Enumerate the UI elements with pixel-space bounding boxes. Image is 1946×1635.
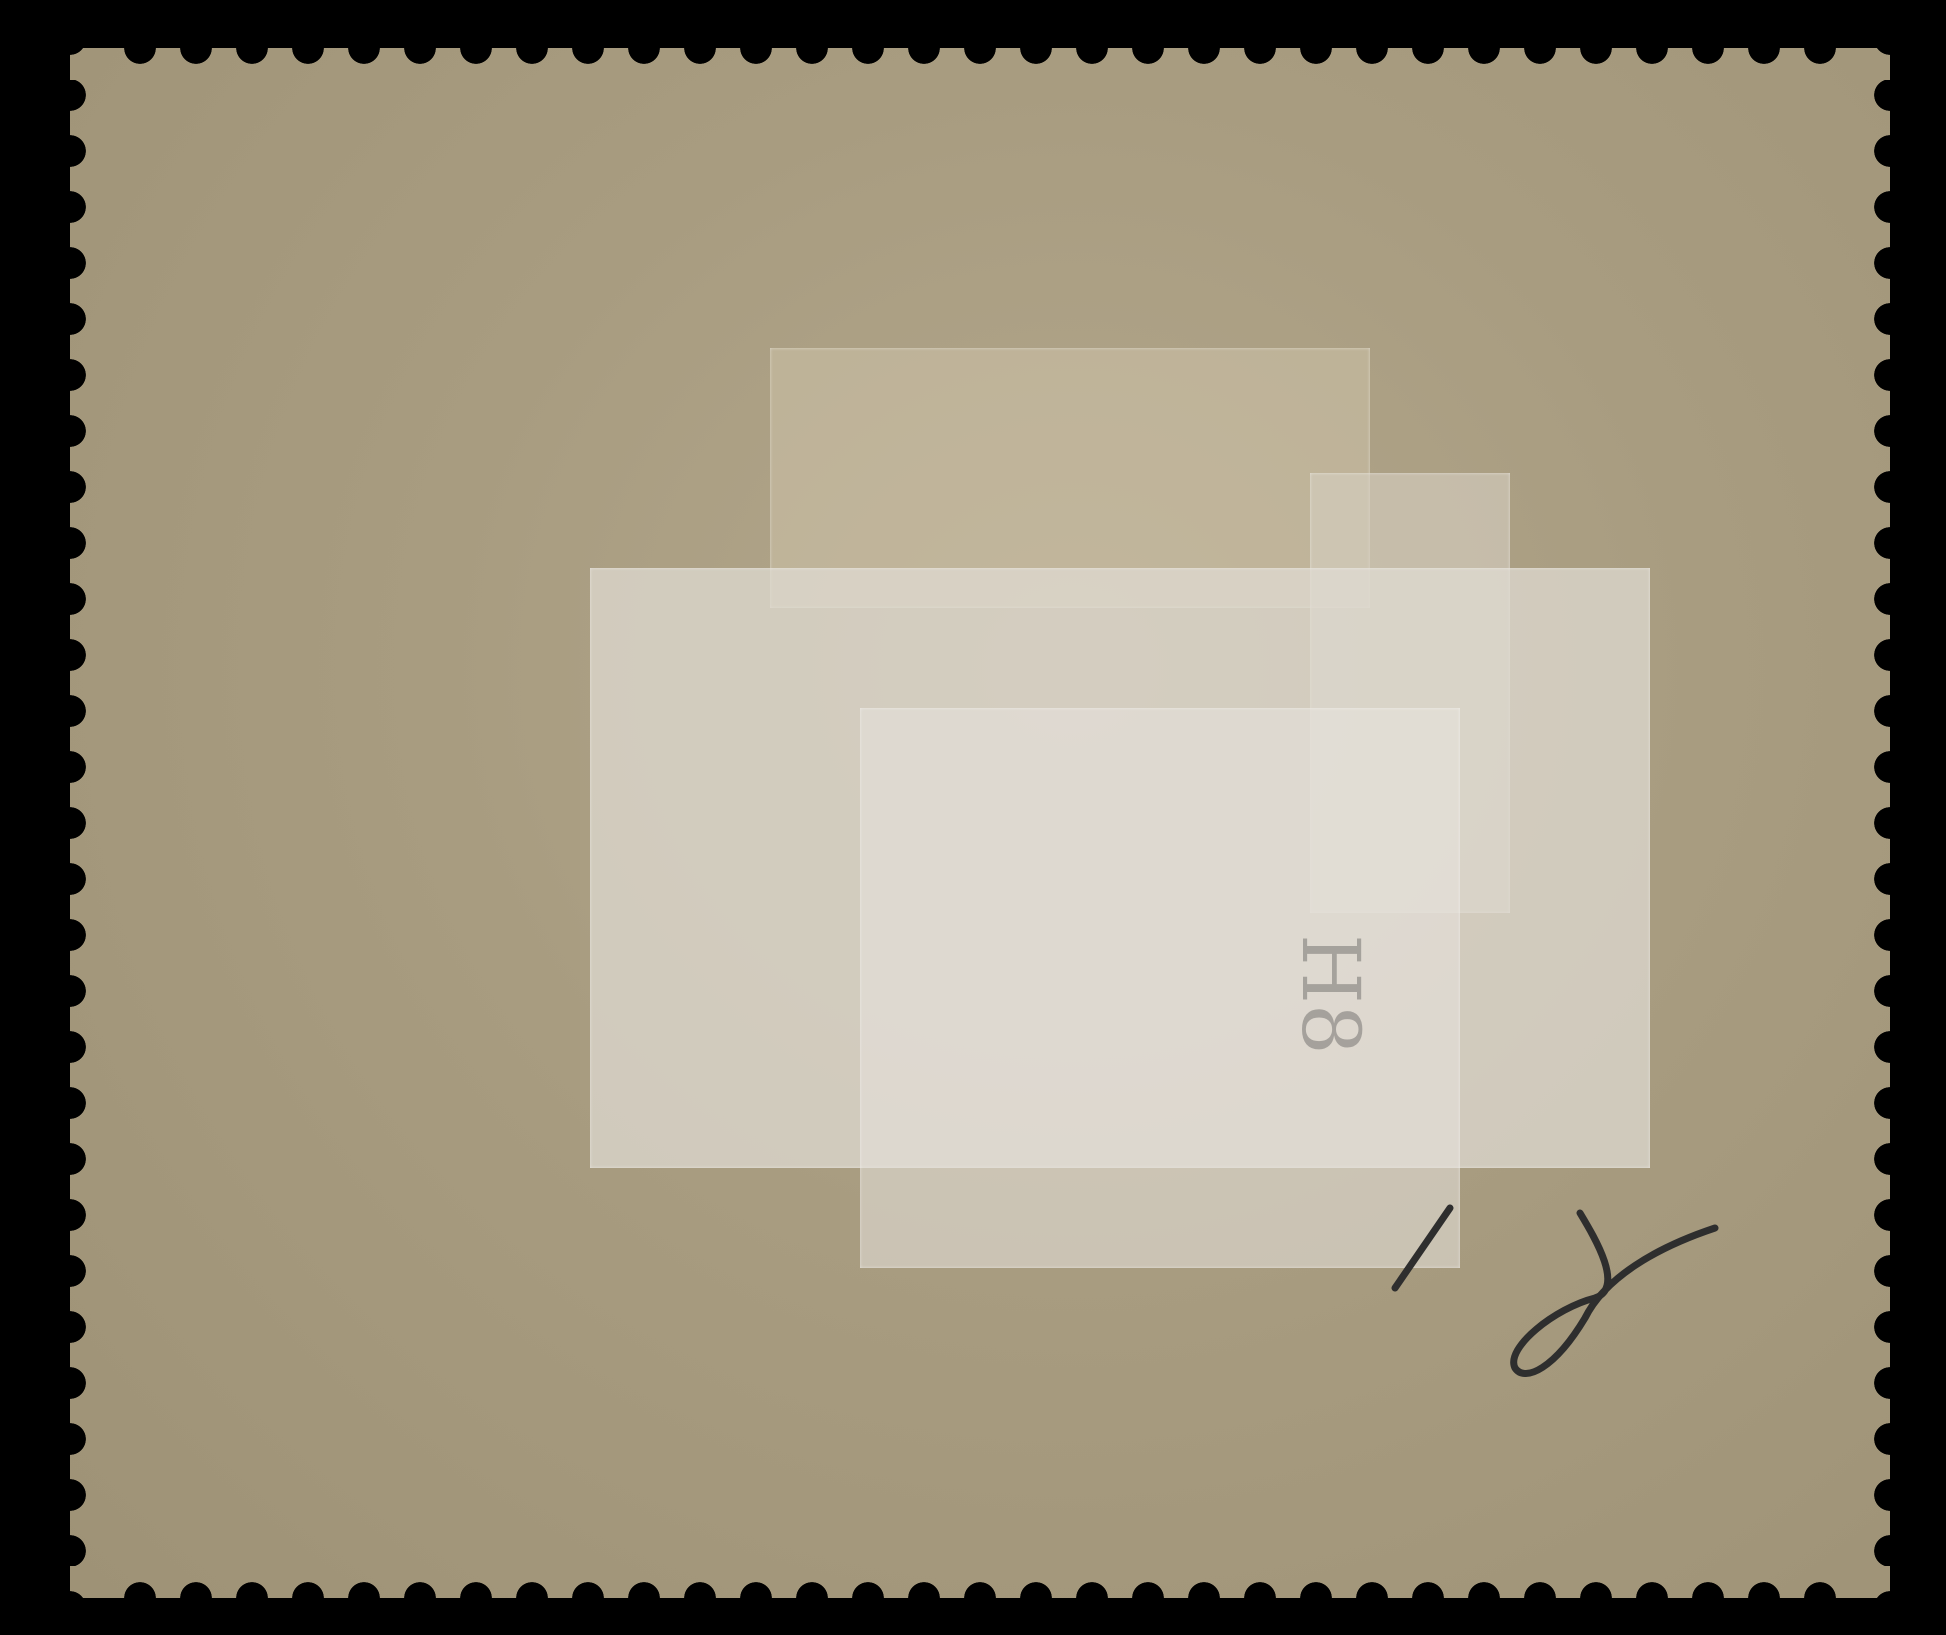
faint-marking: H8 <box>1284 934 1377 1055</box>
pencil-marking-81 <box>1355 1198 1755 1428</box>
stamp-back: H8 <box>70 48 1890 1598</box>
